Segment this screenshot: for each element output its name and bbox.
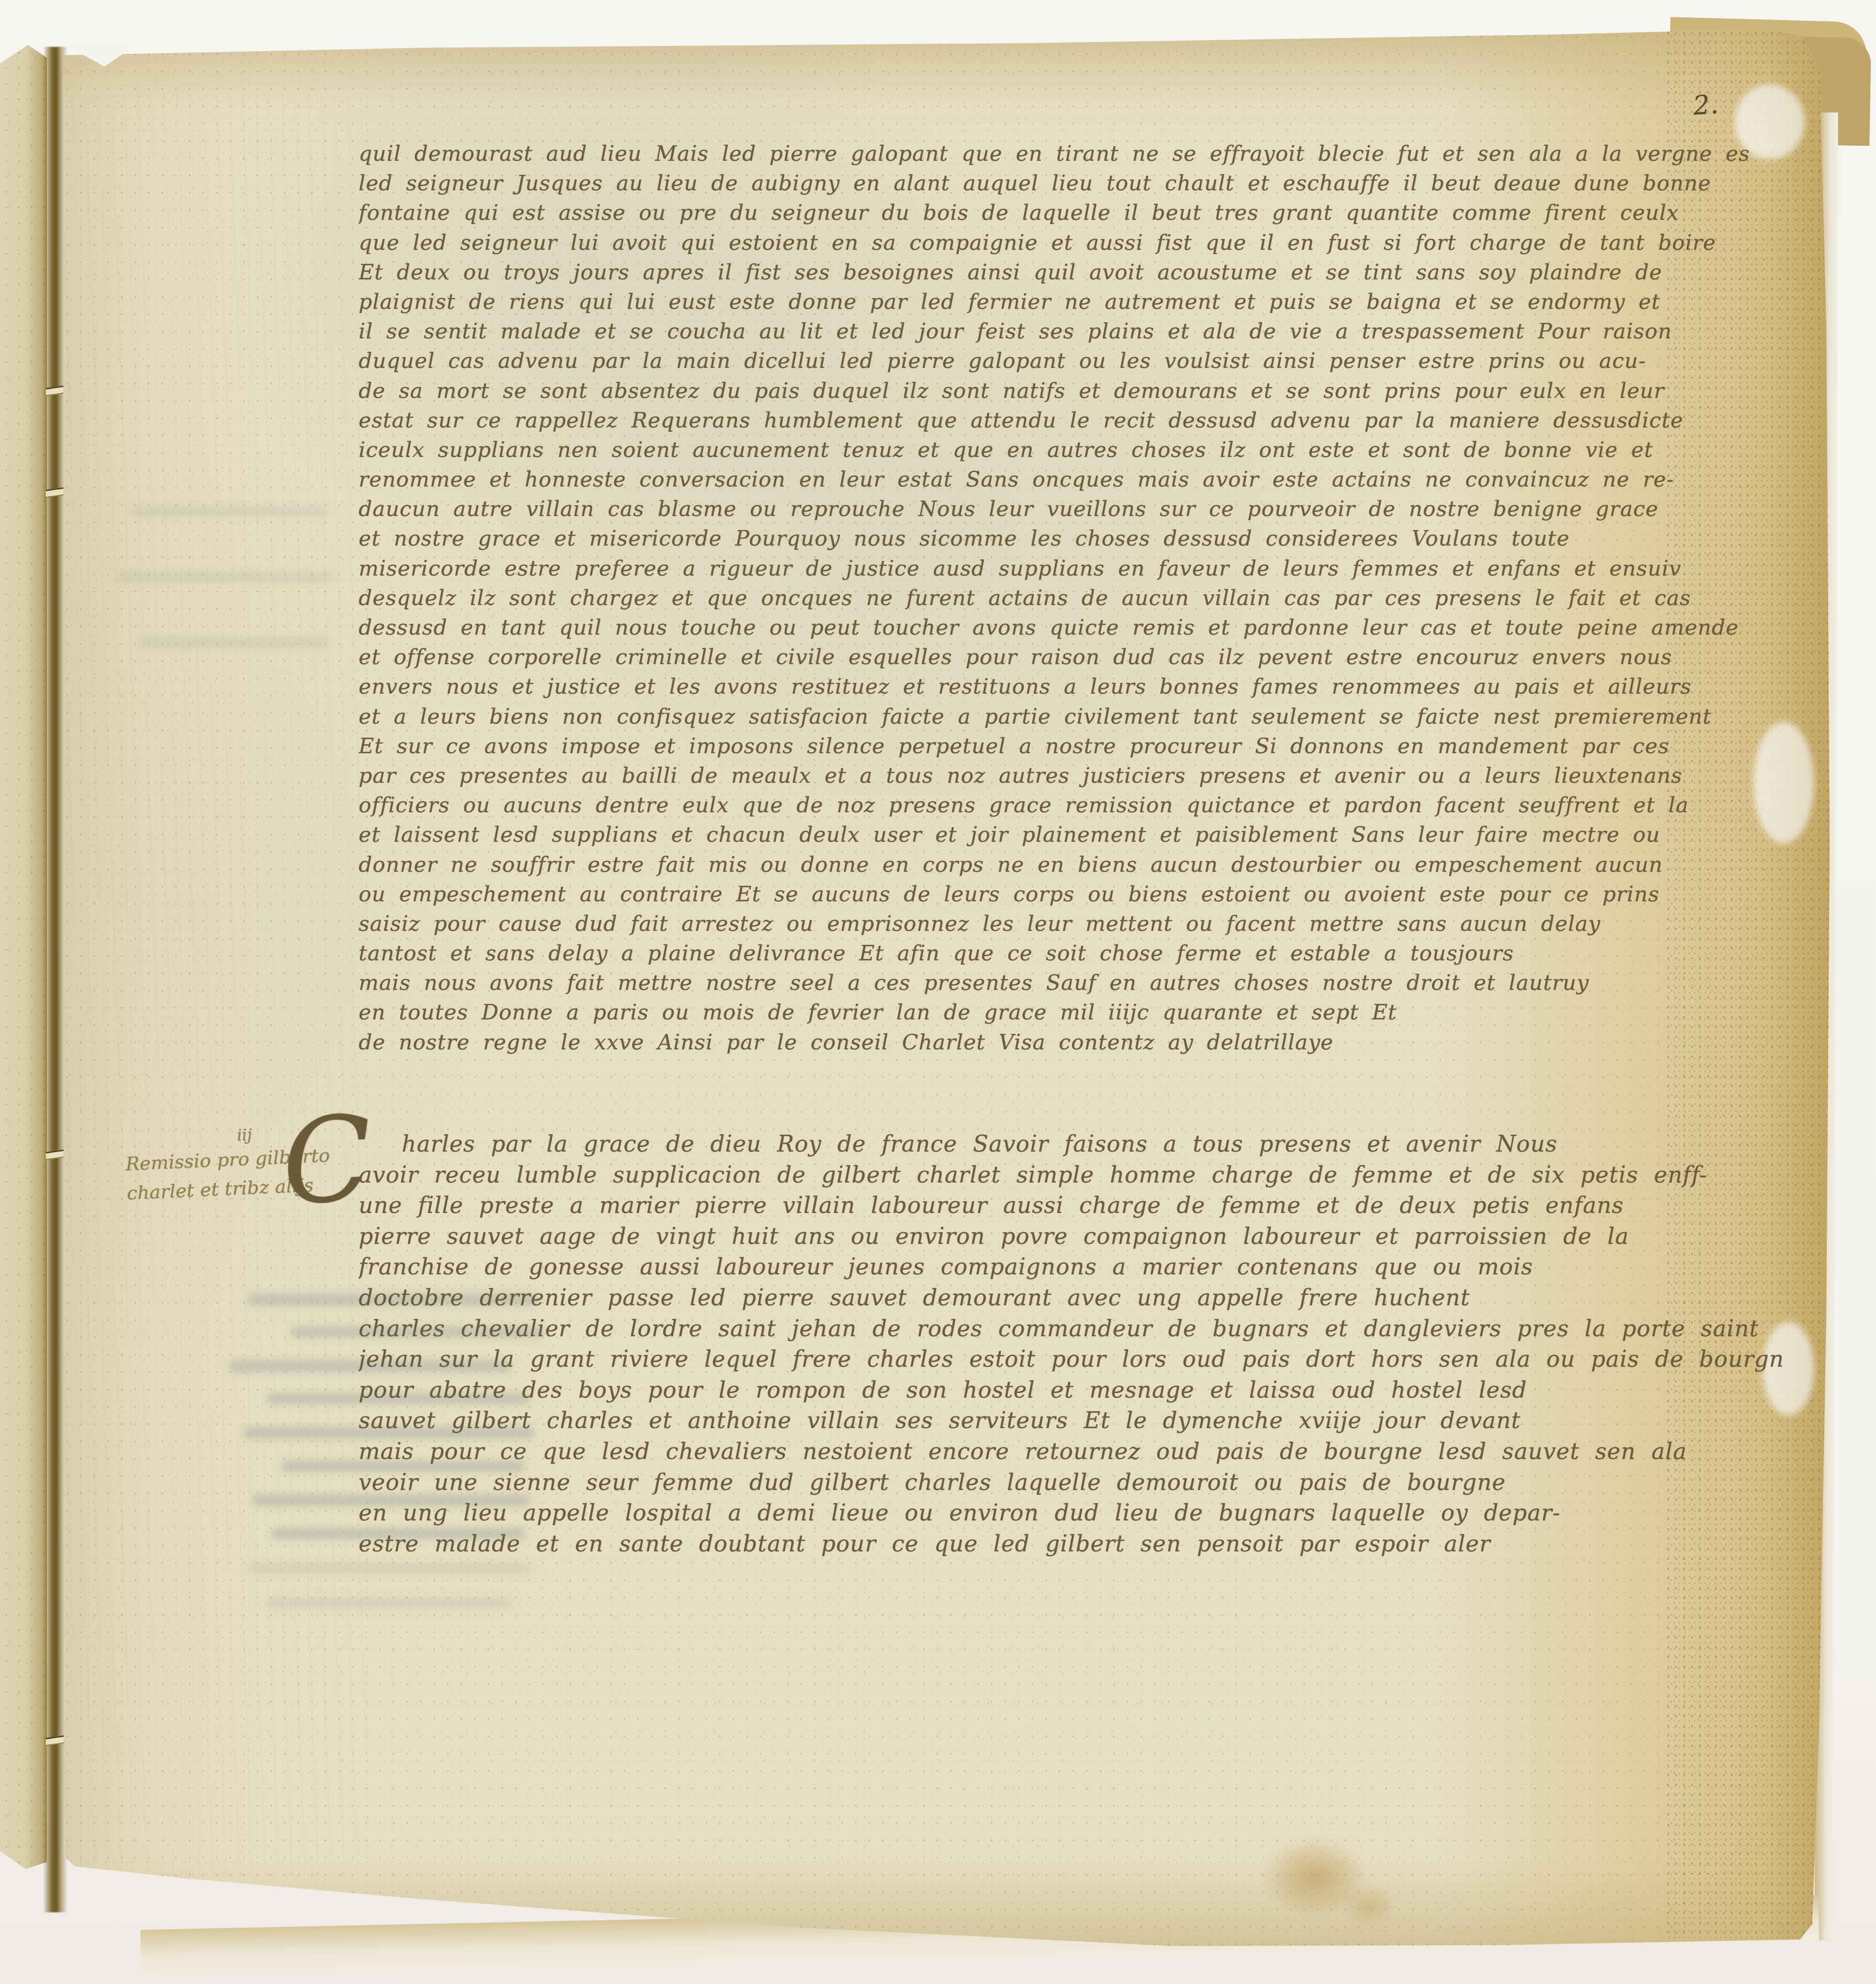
manuscript-line: sauvet gilbert charles et anthoine villa… (359, 1406, 1784, 1437)
previous-leaf-edge (0, 45, 47, 1869)
folio-number: 2. (1692, 89, 1719, 121)
manuscript-line: par ces presentes au bailli de meaulx et… (359, 762, 1784, 791)
manuscript-line: pour abatre des boys pour le rompon de s… (359, 1376, 1784, 1407)
manuscript-line: Et sur ce avons impose et imposons silen… (359, 732, 1784, 762)
manuscript-line: envers nous et justice et les avons rest… (359, 673, 1784, 702)
manuscript-line: plaignist de riens qui lui eust este don… (359, 288, 1784, 317)
manuscript-line: de nostre regne le xxve Ainsi par le con… (359, 1028, 1784, 1058)
manuscript-line: en toutes Donne a paris ou mois de fevri… (359, 998, 1784, 1028)
manuscript-line: et a leurs biens non confisquez satisfac… (359, 703, 1784, 732)
text-block-2: harles par la grace de dieu Roy de franc… (359, 1130, 1784, 1560)
manuscript-line: de sa mort se sont absentez du pais duqu… (359, 377, 1784, 406)
manuscript-line: et laissent lesd supplians et chacun deu… (359, 821, 1784, 850)
manuscript-line: pierre sauvet aage de vingt huit ans ou … (359, 1222, 1784, 1253)
manuscript-line: avoir receu lumble supplicacion de gilbe… (359, 1160, 1784, 1191)
manuscript-line: et offense corporelle criminelle et civi… (359, 643, 1784, 673)
manuscript-line: charles chevalier de lordre saint jehan … (359, 1314, 1784, 1345)
manuscript-line: fontaine qui est assise ou pre du seigne… (359, 199, 1784, 228)
manuscript-line: mais nous avons fait mettre nostre seel … (359, 969, 1784, 998)
manuscript-line: quil demourast aud lieu Mais led pierre … (359, 140, 1784, 169)
manuscript-line: estre malade et en sante doubtant pour c… (359, 1529, 1784, 1560)
manuscript-line: doctobre derrenier passe led pierre sauv… (359, 1283, 1784, 1314)
manuscript-line: harles par la grace de dieu Roy de franc… (359, 1130, 1784, 1160)
manuscript-line: officiers ou aucuns dentre eulx que de n… (359, 791, 1784, 821)
manuscript-line: mais pour ce que lesd chevaliers nestoie… (359, 1437, 1784, 1468)
manuscript-line: en ung lieu appelle lospital a demi lieu… (359, 1498, 1784, 1529)
text-block-1: quil demourast aud lieu Mais led pierre … (359, 140, 1784, 1058)
manuscript-line: et nostre grace et misericorde Pourquoy … (359, 524, 1784, 554)
manuscript-line: ou empeschement au contraire Et se aucun… (359, 880, 1784, 910)
manuscript-line: duquel cas advenu par la main dicellui l… (359, 347, 1784, 376)
manuscript-line: misericorde estre preferee a rigueur de … (359, 554, 1784, 584)
manuscript-line: desquelz ilz sont chargez et que oncques… (359, 584, 1784, 614)
manuscript-line: iceulx supplians nen soient aucunement t… (359, 436, 1784, 465)
manuscript-line: que led seigneur lui avoit qui estoient … (359, 229, 1784, 258)
manuscript-line: donner ne souffrir estre fait mis ou don… (359, 851, 1784, 880)
manuscript-line: renommee et honneste conversacion en leu… (359, 465, 1784, 495)
manuscript-line: saisiz pour cause dud fait arrestez ou e… (359, 910, 1784, 939)
manuscript-line: dessusd en tant quil nous touche ou peut… (359, 614, 1784, 643)
manuscript-line: une fille preste a marier pierre villain… (359, 1191, 1784, 1222)
manuscript-line: estat sur ce rappellez Requerans humblem… (359, 406, 1784, 436)
manuscript-line: tantost et sans delay a plaine delivranc… (359, 939, 1784, 969)
manuscript-line: led seigneur Jusques au lieu de aubigny … (359, 169, 1784, 199)
manuscript-line: daucun autre villain cas blasme ou repro… (359, 495, 1784, 524)
manuscript-line: jehan sur la grant riviere lequel frere … (359, 1345, 1784, 1376)
manuscript-line: il se sentit malade et se coucha au lit … (359, 317, 1784, 347)
manuscript-line: veoir une sienne seur femme dud gilbert … (359, 1468, 1784, 1499)
manuscript-line: Et deux ou troys jours apres il fist ses… (359, 258, 1784, 288)
manuscript-line: franchise de gonesse aussi laboureur jeu… (359, 1252, 1784, 1283)
